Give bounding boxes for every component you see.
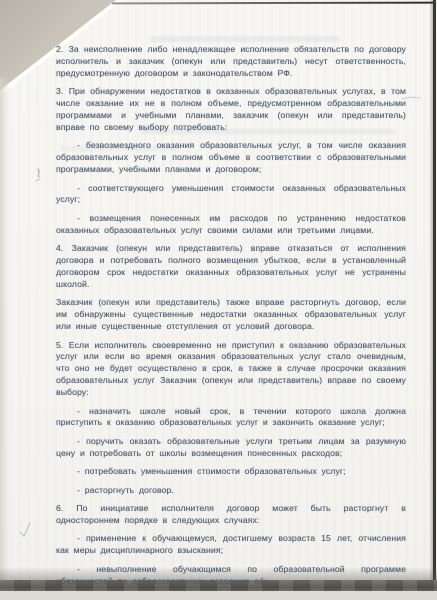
paragraph-clause-5-item-4: - расторгнуть договор. bbox=[56, 485, 406, 497]
paragraph-clause-2: 2. За неисполнение либо ненадлежащее исп… bbox=[56, 44, 406, 80]
left-scan-shadow bbox=[0, 78, 9, 590]
paragraph-clause-3: 3. При обнаружении недостатков в оказанн… bbox=[56, 86, 406, 134]
paragraph-clause-5-item-2: - поручить оказать образовательные услуг… bbox=[56, 436, 406, 460]
paragraph-clause-3-item-1: - безвозмездного оказания образовательны… bbox=[56, 140, 406, 176]
paragraph-clause-6: 6. По инициативе исполнителя договор мож… bbox=[56, 503, 406, 527]
pencil-squiggle-mark bbox=[30, 166, 46, 190]
right-page-edge-line bbox=[433, 0, 436, 584]
paragraph-clause-5-item-1: - назначить школе новый срок, в течении … bbox=[56, 406, 406, 430]
scanned-page: 2. За неисполнение либо ненадлежащее исп… bbox=[0, 0, 437, 600]
paragraph-clause-4-cont: Заказчик (опекун или представитель) такж… bbox=[56, 297, 406, 333]
bleed-through-ghost bbox=[150, 36, 340, 42]
pencil-check-mark bbox=[16, 520, 34, 540]
paragraph-clause-5: 5. Если исполнитель своевременно не прис… bbox=[56, 340, 406, 400]
paragraph-clause-5-item-3: - потребовать уменьшения стоимости образ… bbox=[56, 466, 406, 478]
paragraph-clause-4: 4. Заказчик (опекун или представитель) в… bbox=[56, 243, 406, 291]
top-page-edge-line bbox=[112, 2, 435, 5]
paragraph-clause-3-item-2: - соответствующего уменьшения стоимости … bbox=[56, 183, 406, 207]
paragraph-clause-6-item-2: - невыполнение обучающимся по образовате… bbox=[56, 564, 406, 588]
paragraph-clause-6-item-1: - применение к обучающемуся, достигшему … bbox=[56, 533, 406, 557]
paragraph-clause-3-item-3: - возмещения понесенных им расходов по у… bbox=[56, 213, 406, 237]
document-text-column: 2. За неисполнение либо ненадлежащее исп… bbox=[56, 44, 406, 594]
